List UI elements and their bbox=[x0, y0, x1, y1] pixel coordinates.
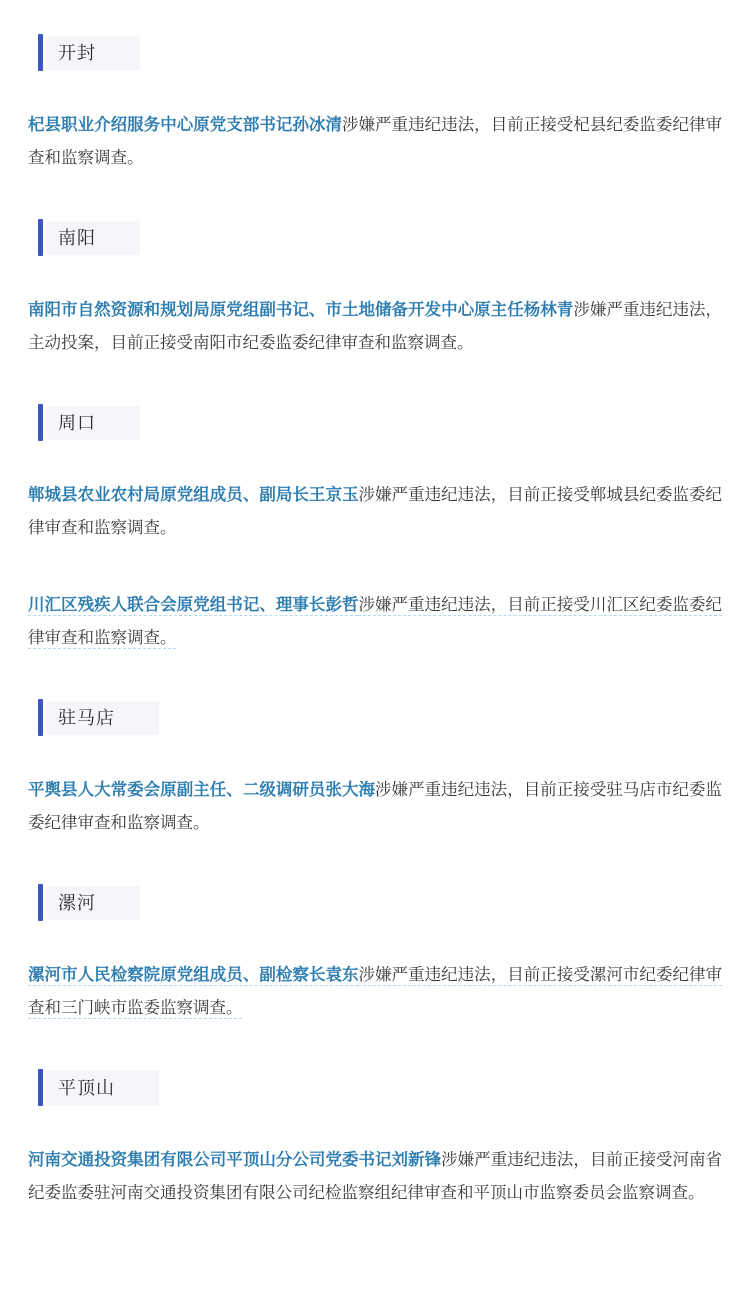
case-paragraph: 平舆县人大常委会原副主任、二级调研员张大海涉嫌严重违纪违法，目前正接受驻马店市纪… bbox=[28, 774, 722, 840]
official-name-highlight: 杞县职业介绍服务中心原党支部书记孙冰清 bbox=[28, 116, 342, 134]
official-name-highlight: 郸城县农业农村局原党组成员、副局长王京玉 bbox=[28, 486, 359, 504]
city-label: 周口 bbox=[47, 406, 140, 440]
official-name-highlight: 漯河市人民检察院原党组成员、副检察长袁东 bbox=[28, 966, 359, 984]
section-header-zhoukou: 周口 bbox=[38, 404, 722, 441]
section-header-nanyang: 南阳 bbox=[38, 219, 722, 256]
city-label: 漯河 bbox=[47, 886, 140, 920]
section-header-kaifeng: 开封 bbox=[38, 34, 722, 71]
section-header-zhumadian: 驻马店 bbox=[38, 699, 722, 736]
city-label: 平顶山 bbox=[47, 1071, 159, 1105]
article-body: 开封 杞县职业介绍服务中心原党支部书记孙冰清涉嫌严重违纪违法，目前正接受杞县纪委… bbox=[28, 34, 722, 1210]
official-name-highlight: 平舆县人大常委会原副主任、二级调研员张大海 bbox=[28, 781, 375, 799]
city-label: 驻马店 bbox=[47, 701, 159, 735]
section-header-luohe: 漯河 bbox=[38, 884, 722, 921]
city-label: 南阳 bbox=[47, 221, 140, 255]
section-header-pingdingshan: 平顶山 bbox=[38, 1069, 722, 1106]
section-accent-bar bbox=[38, 404, 43, 441]
official-name-highlight: 南阳市自然资源和规划局原党组副书记、市土地储备开发中心原主任杨林青 bbox=[28, 301, 573, 319]
section-accent-bar bbox=[38, 699, 43, 736]
case-paragraph: 杞县职业介绍服务中心原党支部书记孙冰清涉嫌严重违纪违法，目前正接受杞县纪委监委纪… bbox=[28, 109, 722, 175]
official-name-highlight: 川汇区残疾人联合会原党组书记、理事长彭哲 bbox=[28, 596, 359, 614]
case-paragraph: 川汇区残疾人联合会原党组书记、理事长彭哲涉嫌严重违纪违法，目前正接受川汇区纪委监… bbox=[28, 589, 722, 655]
section-accent-bar bbox=[38, 34, 43, 71]
case-paragraph: 漯河市人民检察院原党组成员、副检察长袁东涉嫌严重违纪违法，目前正接受漯河市纪委纪… bbox=[28, 959, 722, 1025]
case-paragraph: 河南交通投资集团有限公司平顶山分公司党委书记刘新锋涉嫌严重违纪违法，目前正接受河… bbox=[28, 1144, 722, 1210]
section-accent-bar bbox=[38, 884, 43, 921]
case-paragraph: 南阳市自然资源和规划局原党组副书记、市土地储备开发中心原主任杨林青涉嫌严重违纪违… bbox=[28, 294, 722, 360]
official-name-highlight: 河南交通投资集团有限公司平顶山分公司党委书记刘新锋 bbox=[28, 1151, 441, 1169]
case-paragraph: 郸城县农业农村局原党组成员、副局长王京玉涉嫌严重违纪违法，目前正接受郸城县纪委监… bbox=[28, 479, 722, 545]
city-label: 开封 bbox=[47, 36, 140, 70]
section-accent-bar bbox=[38, 1069, 43, 1106]
section-accent-bar bbox=[38, 219, 43, 256]
